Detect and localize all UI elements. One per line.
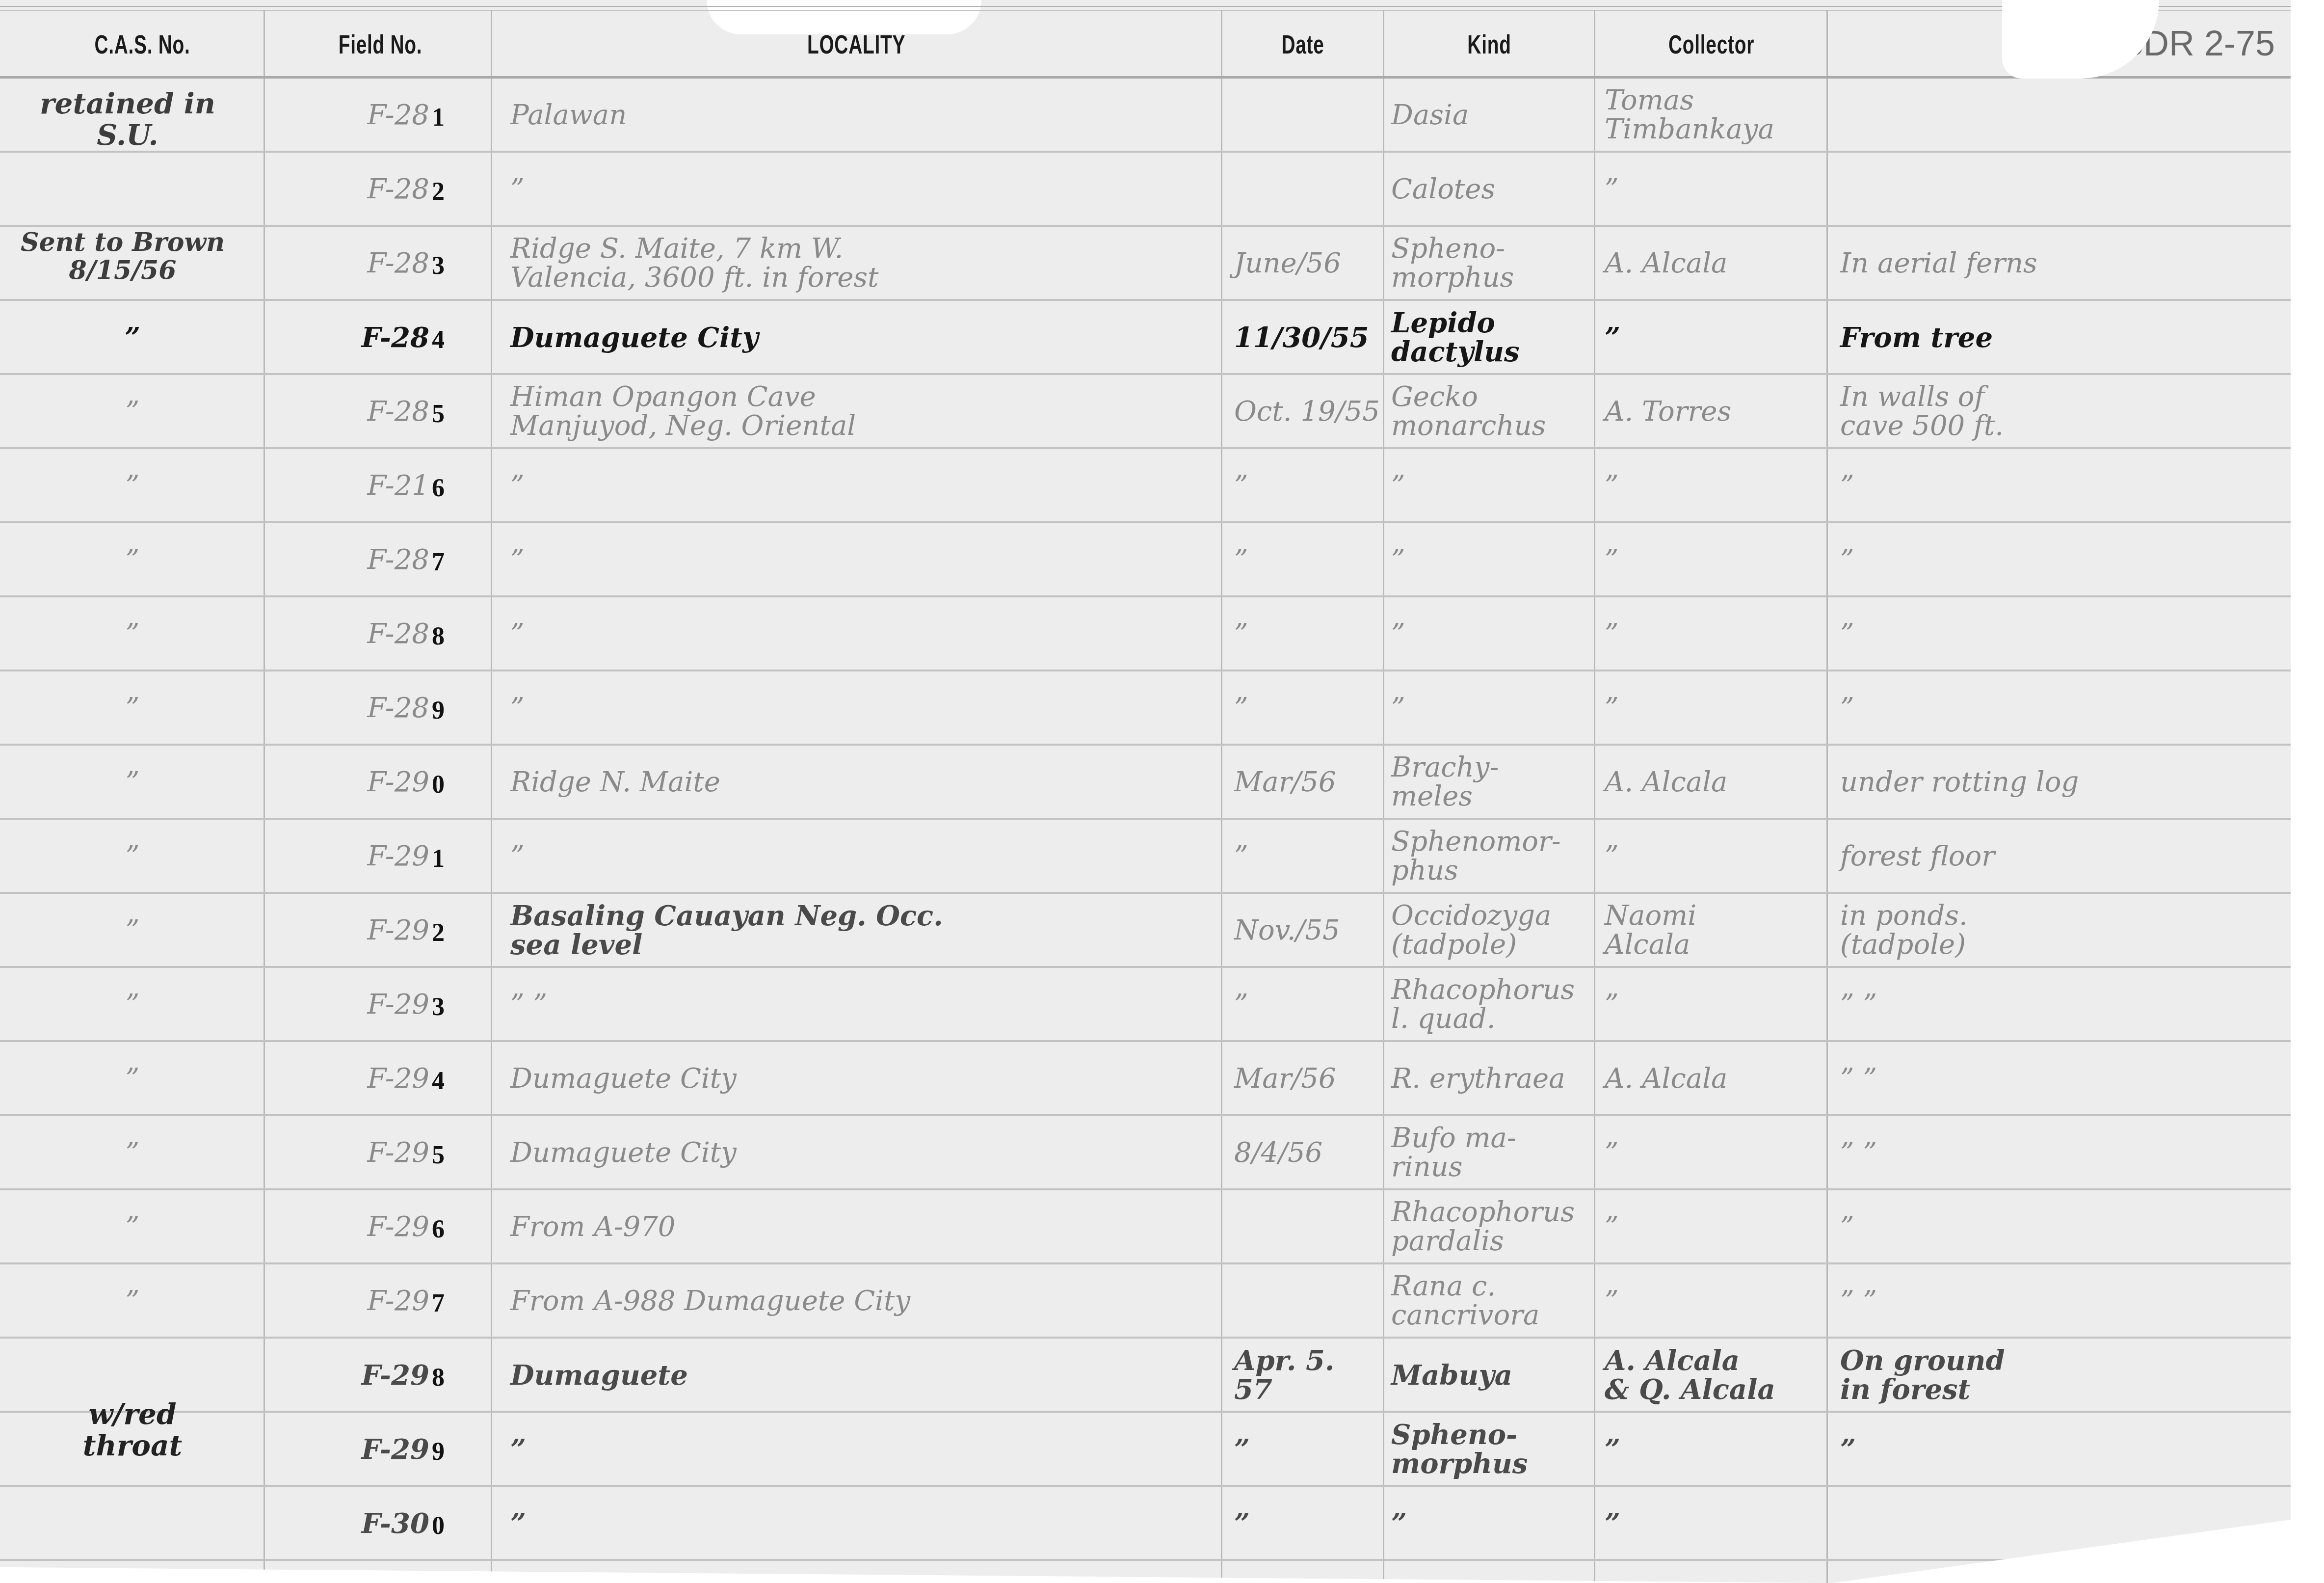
printed-row-digit: 5 bbox=[432, 400, 445, 429]
date-cell: Mar/56 bbox=[1224, 1042, 1391, 1116]
field-no-cell-text: F-29 bbox=[367, 991, 429, 1020]
kind-cell: Mabuya bbox=[1386, 1339, 1597, 1412]
collector-cell: A. Alcala & Q. Alcala bbox=[1597, 1339, 1833, 1412]
remarks-cell: On ground in forest bbox=[1830, 1339, 2297, 1412]
cas-cell: ” bbox=[5, 1264, 260, 1338]
kind-cell: ” bbox=[1386, 597, 1597, 671]
cas-cell: ” bbox=[5, 375, 260, 449]
date-cell-text: Apr. 5. 57 bbox=[1234, 1346, 1334, 1404]
field-no-cell: F-28 bbox=[267, 227, 434, 300]
locality-cell: Dumaguete City bbox=[496, 1042, 1232, 1116]
kind-cell: R. erythraea bbox=[1386, 1042, 1597, 1116]
printed-row-digit: 0 bbox=[432, 1511, 445, 1540]
date-cell: June/56 bbox=[1224, 227, 1391, 300]
table-row: F-28PalawanDasiaTomas Timbankaya1 bbox=[0, 79, 2291, 152]
table-row: ”F-29” ””Rhacophorus l. quad.”” ”3 bbox=[0, 968, 2291, 1042]
collector-cell-text: ” bbox=[1605, 991, 1619, 1020]
cas-cell-text: ” bbox=[126, 620, 140, 649]
date-cell bbox=[1224, 153, 1391, 226]
collector-cell-text: ” bbox=[1605, 1287, 1619, 1316]
table-row: ”F-29From A-988 Dumaguete CityRana c. ca… bbox=[0, 1264, 2291, 1338]
locality-cell: From A-988 Dumaguete City bbox=[496, 1264, 1232, 1338]
kind-cell: Sphenomor- phus bbox=[1386, 820, 1597, 893]
date-cell-text: Mar/56 bbox=[1234, 1065, 1336, 1094]
cas-cell-text: ” bbox=[126, 991, 140, 1020]
cas-cell-text: ” bbox=[126, 694, 140, 723]
date-cell-text: Mar/56 bbox=[1234, 768, 1336, 797]
kind-cell-text: Gecko monarchus bbox=[1391, 383, 1546, 441]
collector-cell: ” bbox=[1597, 671, 1833, 745]
remarks-cell: ” bbox=[1830, 671, 2297, 745]
kind-cell-text: ” bbox=[1391, 546, 1405, 575]
printed-row-digit: 6 bbox=[432, 474, 445, 503]
cas-cell bbox=[5, 153, 260, 226]
collector-cell: ” bbox=[1597, 301, 1833, 375]
cas-cell-text: ” bbox=[126, 472, 140, 501]
collector-cell: ” bbox=[1597, 449, 1833, 523]
locality-cell-text: ” bbox=[510, 842, 525, 871]
kind-cell-text: Rhacophorus l. quad. bbox=[1391, 976, 1575, 1034]
locality-cell-text: ” bbox=[510, 694, 525, 723]
date-cell-text: ” bbox=[1234, 546, 1248, 575]
header-locality: LOCALITY bbox=[597, 29, 1116, 69]
cas-cell-text: ” bbox=[126, 398, 140, 427]
field-no-cell-text: F-30 bbox=[362, 1509, 429, 1538]
kind-cell: ” bbox=[1386, 1487, 1597, 1560]
field-no-cell-text: F-28 bbox=[367, 101, 429, 130]
field-no-cell: F-29 bbox=[267, 1116, 434, 1190]
collector-cell-text: ” bbox=[1605, 1139, 1619, 1168]
kind-cell: Spheno- morphus bbox=[1386, 227, 1597, 300]
field-no-cell-text: F-29 bbox=[367, 1065, 429, 1094]
collector-cell-text: ” bbox=[1605, 175, 1619, 204]
kind-cell: Rhacophorus l. quad. bbox=[1386, 968, 1597, 1042]
table-row: ”F-29Dumaguete City8/4/56Bufo ma- rinus”… bbox=[0, 1116, 2291, 1190]
kind-cell-text: Bufo ma- rinus bbox=[1391, 1124, 1516, 1182]
cas-cell: ” bbox=[5, 1190, 260, 1264]
kind-cell: ” bbox=[1386, 523, 1597, 597]
printed-row-digit: 8 bbox=[432, 1363, 445, 1392]
remarks-cell-text: ” ” bbox=[1840, 1139, 1877, 1168]
printed-row-digit: 5 bbox=[432, 1141, 445, 1170]
collector-cell-text: A. Alcala & Q. Alcala bbox=[1605, 1346, 1775, 1404]
printed-row-digit: 3 bbox=[432, 993, 445, 1021]
remarks-cell: ” ” bbox=[1830, 1042, 2297, 1116]
remarks-cell-text: ” ” bbox=[1840, 1287, 1877, 1316]
cas-cell: ” bbox=[5, 301, 260, 375]
date-cell: ” bbox=[1224, 968, 1391, 1042]
table-row: F-28Ridge S. Maite, 7 km W. Valencia, 36… bbox=[0, 227, 2291, 300]
locality-cell-text: ” ” bbox=[510, 991, 547, 1020]
field-no-cell: F-29 bbox=[267, 968, 434, 1042]
locality-cell-text: Himan Opangon Cave Manjuyod, Neg. Orient… bbox=[510, 383, 856, 441]
locality-cell-text: ” bbox=[510, 1509, 526, 1538]
locality-cell-text: Dumaguete City bbox=[510, 1139, 737, 1168]
locality-cell: Dumaguete City bbox=[496, 1116, 1232, 1190]
row-rule bbox=[0, 1559, 2291, 1561]
kind-cell-text: ” bbox=[1391, 1509, 1407, 1538]
table-row: ”F-29Ridge N. MaiteMar/56Brachy- melesA.… bbox=[0, 746, 2291, 819]
table-row: ”F-28Dumaguete City11/30/55Lepido dactyl… bbox=[0, 301, 2291, 375]
kind-cell: Rhacophorus pardalis bbox=[1386, 1190, 1597, 1264]
remarks-cell: forest floor bbox=[1830, 820, 2297, 893]
locality-cell: From A-970 bbox=[496, 1190, 1232, 1264]
remarks-cell: ” bbox=[1830, 523, 2297, 597]
field-no-cell-text: F-29 bbox=[367, 842, 429, 871]
collector-cell: ” bbox=[1597, 820, 1833, 893]
field-no-cell-text: F-28 bbox=[367, 175, 429, 204]
collector-cell-text: ” bbox=[1605, 472, 1619, 501]
field-no-cell-text: F-29 bbox=[367, 768, 429, 797]
kind-cell-text: Lepido dactylus bbox=[1391, 309, 1519, 367]
remarks-cell: ” bbox=[1830, 597, 2297, 671]
date-cell: Nov./55 bbox=[1224, 894, 1391, 967]
field-no-cell: F-29 bbox=[267, 1413, 434, 1486]
table-row: ”F-21”””””6 bbox=[0, 449, 2291, 523]
locality-cell-text: ” bbox=[510, 472, 525, 501]
printed-row-digit: 9 bbox=[432, 1437, 445, 1466]
table-row: F-30””””0 bbox=[0, 1487, 2291, 1560]
locality-cell: ” bbox=[496, 1487, 1232, 1560]
field-no-cell-text: F-29 bbox=[362, 1435, 429, 1464]
field-no-cell: F-29 bbox=[267, 1339, 434, 1412]
remarks-cell: ” ” bbox=[1830, 1264, 2297, 1338]
date-cell-text: 8/4/56 bbox=[1234, 1139, 1322, 1168]
remarks-cell-text: ” ” bbox=[1840, 991, 1877, 1020]
catalog-sheet: SDR 2-75 C.A.S. No. Field No. LOCALITY D… bbox=[0, 0, 2291, 1583]
field-no-cell: F-28 bbox=[267, 153, 434, 226]
field-no-cell: F-29 bbox=[267, 894, 434, 967]
remarks-cell-text: ” ” bbox=[1840, 1065, 1877, 1094]
field-no-cell: F-29 bbox=[267, 1042, 434, 1116]
field-no-cell: F-28 bbox=[267, 597, 434, 671]
collector-cell: A. Alcala bbox=[1597, 746, 1833, 819]
remarks-cell: ” bbox=[1830, 1190, 2297, 1264]
date-cell: Mar/56 bbox=[1224, 746, 1391, 819]
collector-cell-text: ” bbox=[1605, 1435, 1620, 1464]
kind-cell: Lepido dactylus bbox=[1386, 301, 1597, 375]
field-no-cell: F-28 bbox=[267, 301, 434, 375]
cas-cell-text: ” bbox=[126, 1287, 140, 1316]
kind-cell-text: Mabuya bbox=[1391, 1361, 1512, 1390]
remarks-cell: In walls of cave 500 ft. bbox=[1830, 375, 2297, 449]
kind-cell-text: Brachy- meles bbox=[1391, 753, 1499, 811]
field-no-cell-text: F-28 bbox=[362, 323, 429, 352]
kind-cell: Bufo ma- rinus bbox=[1386, 1116, 1597, 1190]
printed-row-digit: 4 bbox=[432, 1067, 445, 1096]
date-cell bbox=[1224, 1264, 1391, 1338]
remarks-cell-text: ” bbox=[1840, 1213, 1854, 1242]
printed-row-digit: 1 bbox=[432, 844, 445, 873]
cas-cell: ” bbox=[5, 894, 260, 967]
remarks-cell-text: under rotting log bbox=[1840, 768, 2079, 797]
table-row: F-29DumagueteApr. 5. 57MabuyaA. Alcala &… bbox=[0, 1339, 2291, 1412]
date-cell-text: ” bbox=[1234, 1509, 1250, 1538]
date-cell: ” bbox=[1224, 523, 1391, 597]
printed-row-digit: 2 bbox=[432, 177, 445, 206]
header-remarks: Remarks bbox=[1947, 29, 2116, 69]
locality-cell: ” bbox=[496, 1413, 1232, 1486]
printed-row-digit: 7 bbox=[432, 548, 445, 577]
collector-cell-text: A. Alcala bbox=[1605, 768, 1727, 797]
date-cell-text: ” bbox=[1234, 694, 1248, 723]
printed-row-digit: 0 bbox=[432, 770, 445, 799]
locality-cell: ” bbox=[496, 523, 1232, 597]
field-no-cell-text: F-21 bbox=[367, 472, 429, 501]
cas-cell-text: ” bbox=[126, 916, 140, 945]
locality-cell: ” bbox=[496, 153, 1232, 226]
locality-cell-text: Dumaguete bbox=[510, 1361, 688, 1390]
kind-cell: Dasia bbox=[1386, 79, 1597, 152]
field-no-cell-text: F-29 bbox=[367, 1287, 429, 1316]
kind-cell-text: Rhacophorus pardalis bbox=[1391, 1198, 1575, 1256]
locality-cell-text: Basaling Cauayan Neg. Occ. sea level bbox=[510, 902, 943, 960]
field-no-cell: F-29 bbox=[267, 820, 434, 893]
remarks-cell: ” ” bbox=[1830, 1116, 2297, 1190]
cas-cell: ” bbox=[5, 523, 260, 597]
cas-cell-text: ” bbox=[126, 842, 140, 871]
date-cell-text: Oct. 19/55 bbox=[1234, 398, 1380, 427]
collector-cell-text: ” bbox=[1605, 620, 1619, 649]
cas-cell: ” bbox=[5, 671, 260, 745]
remarks-cell: From tree bbox=[1830, 301, 2297, 375]
remarks-cell bbox=[1830, 79, 2297, 152]
cas-cell: ” bbox=[5, 1116, 260, 1190]
collector-cell: ” bbox=[1597, 968, 1833, 1042]
kind-cell: Spheno- morphus bbox=[1386, 1413, 1597, 1486]
field-no-cell-text: F-28 bbox=[367, 398, 429, 427]
table-row: ”F-28”””””8 bbox=[0, 597, 2291, 671]
locality-cell: ” bbox=[496, 671, 1232, 745]
field-no-cell: F-28 bbox=[267, 523, 434, 597]
cas-cell: ” bbox=[5, 820, 260, 893]
kind-cell-text: Rana c. cancrivora bbox=[1391, 1272, 1539, 1330]
field-no-cell: F-30 bbox=[267, 1487, 434, 1560]
collector-cell: ” bbox=[1597, 597, 1833, 671]
kind-cell-text: Occidozyga (tadpole) bbox=[1391, 902, 1551, 960]
field-no-cell: F-28 bbox=[267, 671, 434, 745]
remarks-cell-text: From tree bbox=[1840, 323, 1993, 352]
kind-cell: Gecko monarchus bbox=[1386, 375, 1597, 449]
kind-cell-text: Dasia bbox=[1391, 101, 1469, 130]
kind-cell-text: Calotes bbox=[1391, 175, 1495, 204]
locality-cell-text: ” bbox=[510, 546, 525, 575]
remarks-cell-text: ” bbox=[1840, 620, 1854, 649]
remarks-cell-text: In aerial ferns bbox=[1840, 249, 2037, 278]
collector-cell: A. Alcala bbox=[1597, 1042, 1833, 1116]
kind-cell-text: ” bbox=[1391, 472, 1405, 501]
collector-cell: ” bbox=[1597, 523, 1833, 597]
locality-cell: ” ” bbox=[496, 968, 1232, 1042]
cas-cell-text: ” bbox=[126, 768, 140, 797]
printed-row-digit: 3 bbox=[432, 251, 445, 280]
printed-row-digit: 1 bbox=[432, 103, 445, 132]
date-cell-text: Nov./55 bbox=[1234, 916, 1340, 945]
table-row: ”F-29From A-970Rhacophorus pardalis””6 bbox=[0, 1190, 2291, 1264]
locality-cell-text: Ridge N. Maite bbox=[510, 768, 720, 797]
collector-cell: A. Torres bbox=[1597, 375, 1833, 449]
printed-row-digit: 8 bbox=[432, 622, 445, 651]
locality-cell: Dumaguete City bbox=[496, 301, 1232, 375]
printed-row-digit: 6 bbox=[432, 1215, 445, 1244]
margin-note-retained: retained in S.U. bbox=[0, 88, 255, 151]
collector-cell: ” bbox=[1597, 1264, 1833, 1338]
table-row: F-29””Spheno- morphus””9 bbox=[0, 1413, 2291, 1486]
collector-cell: ” bbox=[1597, 1190, 1833, 1264]
header-cas-no: C.A.S. No. bbox=[61, 29, 223, 69]
date-cell-text: ” bbox=[1234, 1435, 1250, 1464]
collector-cell-text: ” bbox=[1605, 546, 1619, 575]
printed-row-digit: 7 bbox=[432, 1289, 445, 1318]
cas-cell: ” bbox=[5, 449, 260, 523]
collector-cell: A. Alcala bbox=[1597, 227, 1833, 300]
remarks-cell: In aerial ferns bbox=[1830, 227, 2297, 300]
date-cell: 11/30/55 bbox=[1224, 301, 1391, 375]
printed-row-digit: 2 bbox=[432, 918, 445, 947]
collector-cell-text: A. Alcala bbox=[1605, 249, 1727, 278]
locality-cell-text: From A-970 bbox=[510, 1213, 676, 1242]
date-cell bbox=[1224, 79, 1391, 152]
field-no-cell-text: F-28 bbox=[367, 249, 429, 278]
kind-cell-text: Spheno- morphus bbox=[1391, 1421, 1528, 1478]
table-row: ”F-29Dumaguete CityMar/56R. erythraeaA. … bbox=[0, 1042, 2291, 1116]
date-cell: ” bbox=[1224, 449, 1391, 523]
cas-cell bbox=[5, 1487, 260, 1560]
cas-cell-text: ” bbox=[126, 1065, 140, 1094]
printed-row-digit: 4 bbox=[432, 325, 445, 354]
field-no-cell: F-29 bbox=[267, 1190, 434, 1264]
field-no-cell-text: F-29 bbox=[367, 916, 429, 945]
cas-cell: ” bbox=[5, 968, 260, 1042]
cas-cell-text: ” bbox=[126, 1139, 140, 1168]
sheet-reference: SDR 2-75 bbox=[2120, 24, 2275, 64]
top-border-rule bbox=[0, 6, 2291, 11]
locality-cell-text: Dumaguete City bbox=[510, 1065, 737, 1094]
collector-cell-text: A. Alcala bbox=[1605, 1065, 1727, 1094]
table-row: ”F-29””Sphenomor- phus”forest floor1 bbox=[0, 820, 2291, 893]
margin-note-red-throat: w/red throat bbox=[15, 1399, 250, 1462]
collector-cell: Naomi Alcala bbox=[1597, 894, 1833, 967]
cas-cell-text: ” bbox=[126, 546, 140, 575]
remarks-cell-text: ” bbox=[1840, 694, 1854, 723]
remarks-cell: ” bbox=[1830, 449, 2297, 523]
kind-cell: Calotes bbox=[1386, 153, 1597, 226]
remarks-cell-text: On ground in forest bbox=[1840, 1346, 2005, 1404]
locality-cell: ” bbox=[496, 820, 1232, 893]
table-row: ”F-28”””””7 bbox=[0, 523, 2291, 597]
cas-cell: ” bbox=[5, 1042, 260, 1116]
field-no-cell-text: F-29 bbox=[362, 1361, 429, 1390]
date-cell: ” bbox=[1224, 597, 1391, 671]
remarks-cell: ” ” bbox=[1830, 968, 2297, 1042]
remarks-cell-text: ” bbox=[1840, 472, 1854, 501]
collector-cell: ” bbox=[1597, 1116, 1833, 1190]
field-no-cell: F-29 bbox=[267, 746, 434, 819]
field-no-cell-text: F-29 bbox=[367, 1139, 429, 1168]
kind-cell-text: ” bbox=[1391, 694, 1405, 723]
locality-cell: Ridge N. Maite bbox=[496, 746, 1232, 819]
header-field-no: Field No. bbox=[304, 29, 456, 69]
kind-cell-text: Spheno- morphus bbox=[1391, 235, 1514, 293]
date-cell-text: ” bbox=[1234, 620, 1248, 649]
date-cell: ” bbox=[1224, 671, 1391, 745]
cas-cell: ” bbox=[5, 746, 260, 819]
collector-cell-text: ” bbox=[1605, 842, 1619, 871]
collector-cell-text: Tomas Timbankaya bbox=[1605, 86, 1774, 144]
kind-cell: Rana c. cancrivora bbox=[1386, 1264, 1597, 1338]
locality-cell: Basaling Cauayan Neg. Occ. sea level bbox=[496, 894, 1232, 967]
header-date: Date bbox=[1246, 29, 1359, 69]
kind-cell: ” bbox=[1386, 449, 1597, 523]
date-cell: 8/4/56 bbox=[1224, 1116, 1391, 1190]
table-row: F-28”Calotes”2 bbox=[0, 153, 2291, 226]
printed-row-digit: 9 bbox=[432, 696, 445, 725]
locality-cell: Himan Opangon Cave Manjuyod, Neg. Orient… bbox=[496, 375, 1232, 449]
field-no-cell: F-21 bbox=[267, 449, 434, 523]
locality-cell-text: ” bbox=[510, 620, 525, 649]
date-cell: ” bbox=[1224, 1413, 1391, 1486]
table-row: ”F-28Himan Opangon Cave Manjuyod, Neg. O… bbox=[0, 375, 2291, 449]
collector-cell-text: Naomi Alcala bbox=[1605, 902, 1696, 960]
locality-cell-text: From A-988 Dumaguete City bbox=[510, 1287, 910, 1316]
date-cell-text: ” bbox=[1234, 472, 1248, 501]
table-row: ”F-28”””””9 bbox=[0, 671, 2291, 745]
margin-note-sent: Sent to Brown 8/15/56 bbox=[0, 228, 245, 284]
date-cell: Apr. 5. 57 bbox=[1224, 1339, 1391, 1412]
remarks-cell-text: ” bbox=[1840, 546, 1854, 575]
collector-cell: ” bbox=[1597, 1487, 1833, 1560]
field-no-cell-text: F-29 bbox=[367, 1213, 429, 1242]
date-cell-text: June/56 bbox=[1234, 249, 1341, 278]
remarks-cell-text: in ponds. (tadpole) bbox=[1840, 902, 1968, 960]
kind-cell: ” bbox=[1386, 671, 1597, 745]
field-no-cell-text: F-28 bbox=[367, 546, 429, 575]
header-collector: Collector bbox=[1629, 29, 1794, 69]
remarks-cell: in ponds. (tadpole) bbox=[1830, 894, 2297, 967]
kind-cell: Brachy- meles bbox=[1386, 746, 1597, 819]
locality-cell: Dumaguete bbox=[496, 1339, 1232, 1412]
collector-cell-text: ” bbox=[1605, 1509, 1620, 1538]
locality-cell: Ridge S. Maite, 7 km W. Valencia, 3600 f… bbox=[496, 227, 1232, 300]
collector-cell: Tomas Timbankaya bbox=[1597, 79, 1833, 152]
locality-cell-text: Dumaguete City bbox=[510, 323, 759, 352]
collector-cell-text: ” bbox=[1605, 694, 1619, 723]
field-no-cell: F-28 bbox=[267, 375, 434, 449]
collector-cell: ” bbox=[1597, 1413, 1833, 1486]
kind-cell-text: R. erythraea bbox=[1391, 1065, 1565, 1094]
table-row: ”F-29Basaling Cauayan Neg. Occ. sea leve… bbox=[0, 894, 2291, 967]
remarks-cell-text: ” bbox=[1840, 1435, 1856, 1464]
cas-cell: ” bbox=[5, 597, 260, 671]
locality-cell: Palawan bbox=[496, 79, 1232, 152]
remarks-cell bbox=[1830, 1487, 2297, 1560]
collector-cell-text: ” bbox=[1605, 323, 1620, 352]
remarks-cell-text: In walls of cave 500 ft. bbox=[1840, 383, 2004, 441]
kind-cell: Occidozyga (tadpole) bbox=[1386, 894, 1597, 967]
locality-cell: ” bbox=[496, 449, 1232, 523]
remarks-cell bbox=[1830, 153, 2297, 226]
date-cell: ” bbox=[1224, 820, 1391, 893]
remarks-cell-text: forest floor bbox=[1840, 842, 1995, 871]
cas-cell-text: ” bbox=[126, 1213, 140, 1242]
collector-cell-text: A. Torres bbox=[1605, 398, 1731, 427]
locality-cell-text: ” bbox=[510, 175, 525, 204]
date-cell: ” bbox=[1224, 1487, 1391, 1560]
date-cell bbox=[1224, 1190, 1391, 1264]
locality-cell: ” bbox=[496, 597, 1232, 671]
kind-cell-text: ” bbox=[1391, 620, 1405, 649]
field-no-cell: F-28 bbox=[267, 79, 434, 152]
